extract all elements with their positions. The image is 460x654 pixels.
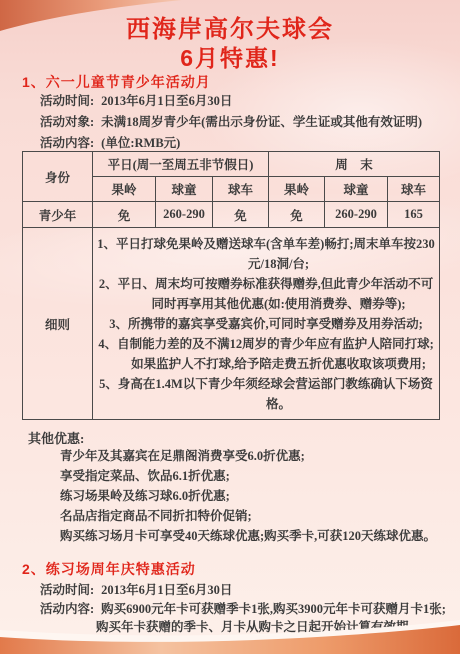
weekend-header-cell: 周 末 [269,152,440,177]
subheader-cell: 果岭 [269,177,325,202]
price-cell: 免 [213,202,269,228]
price-cell: 165 [388,202,440,228]
price-table: 身份 平日(周一至周五非节假日) 周 末 果岭 球童 球车 果岭 球童 球车 青… [22,151,440,420]
subheader-cell: 球童 [156,177,213,202]
content-label: 活动内容: [40,136,94,150]
table-row: 身份 平日(周一至周五非节假日) 周 末 [23,152,440,177]
section2-time-line: 活动时间:2013年6月1日至6月30日 [40,580,232,598]
page-title: 西海岸高尔夫球会 [0,9,460,44]
price-cell: 260-290 [325,202,388,228]
section1-heading: 1、六一儿童节青少年活动月 [22,72,211,92]
target-value: 未满18周岁青少年(需出示身份证、学生证或其他有效证明) [101,115,422,129]
other-offers-heading: 其他优惠: [28,428,84,447]
rule-item: 5、身高在1.4M以下青少年须经球会营运部门教练确认下场资格。 [93,374,439,414]
target-label: 活动对象: [40,115,94,129]
offer-item: 练习场果岭及练习球6.0折优惠; [60,486,436,506]
weekday-header-cell: 平日(周一至周五非节假日) [93,152,269,177]
content-label: 活动内容: [40,602,94,616]
identity-header-cell: 身份 [23,152,93,202]
time-value: 2013年6月1日至6月30日 [101,94,232,108]
price-cell: 260-290 [156,202,213,228]
row-label-cell: 青少年 [23,202,93,228]
subheader-cell: 果岭 [93,177,156,202]
table-row: 细则 1、平日打球免果岭及赠送球车(含单车差)畅打;周末单车按230元/18洞/… [23,228,440,420]
price-cell: 免 [93,202,156,228]
rule-item: 4、自制能力差的及不满12周岁的青少年应有监护人陪同打球;如果监护人不打球,给予… [93,334,439,374]
rule-item: 2、平日、周末均可按赠券标准获得赠券,但此青少年活动不可同时再享用其他优惠(如:… [93,274,439,314]
rules-label-cell: 细则 [23,228,93,420]
offer-item: 名品店指定商品不同折扣特价促销; [60,506,436,526]
other-offers-list: 青少年及其嘉宾在足鼎阁消费享受6.0折优惠; 享受指定菜品、饮品6.1折优惠; … [60,446,436,546]
offer-item: 青少年及其嘉宾在足鼎阁消费享受6.0折优惠; [60,446,436,466]
content-value: 购买6900元年卡可获赠季卡1张,购买3900元年卡可获赠月卡1张; [101,602,446,616]
page-subtitle: 6月特惠! [0,40,460,73]
bottom-wave-decoration [0,620,460,654]
time-value: 2013年6月1日至6月30日 [101,583,232,597]
table-row: 青少年 免 260-290 免 免 260-290 165 [23,202,440,228]
price-cell: 免 [269,202,325,228]
subheader-cell: 球童 [325,177,388,202]
section2-heading: 2、练习场周年庆特惠活动 [22,559,196,579]
subheader-cell: 球车 [388,177,440,202]
offer-item: 购买练习场月卡可享受40天练球优惠;购买季卡,可获120天练球优惠。 [60,526,436,546]
section1-content-line: 活动内容:(单位:RMB元) [40,133,180,151]
subheader-cell: 球车 [213,177,269,202]
section1-target-line: 活动对象:未满18周岁青少年(需出示身份证、学生证或其他有效证明) [40,112,422,130]
time-label: 活动时间: [40,94,94,108]
section1-time-line: 活动时间:2013年6月1日至6月30日 [40,91,232,109]
content-value: (单位:RMB元) [101,136,180,150]
flyer-page: 西海岸高尔夫球会 6月特惠! 1、六一儿童节青少年活动月 活动时间:2013年6… [0,0,460,654]
rule-item: 3、所携带的嘉宾享受嘉宾价,可同时享受赠券及用券活动; [93,314,439,334]
rules-cell: 1、平日打球免果岭及赠送球车(含单车差)畅打;周末单车按230元/18洞/台; … [93,228,440,420]
time-label: 活动时间: [40,583,94,597]
offer-item: 享受指定菜品、饮品6.1折优惠; [60,466,436,486]
rule-item: 1、平日打球免果岭及赠送球车(含单车差)畅打;周末单车按230元/18洞/台; [93,234,439,274]
section2-content-line: 活动内容:购买6900元年卡可获赠季卡1张,购买3900元年卡可获赠月卡1张; [40,599,446,617]
